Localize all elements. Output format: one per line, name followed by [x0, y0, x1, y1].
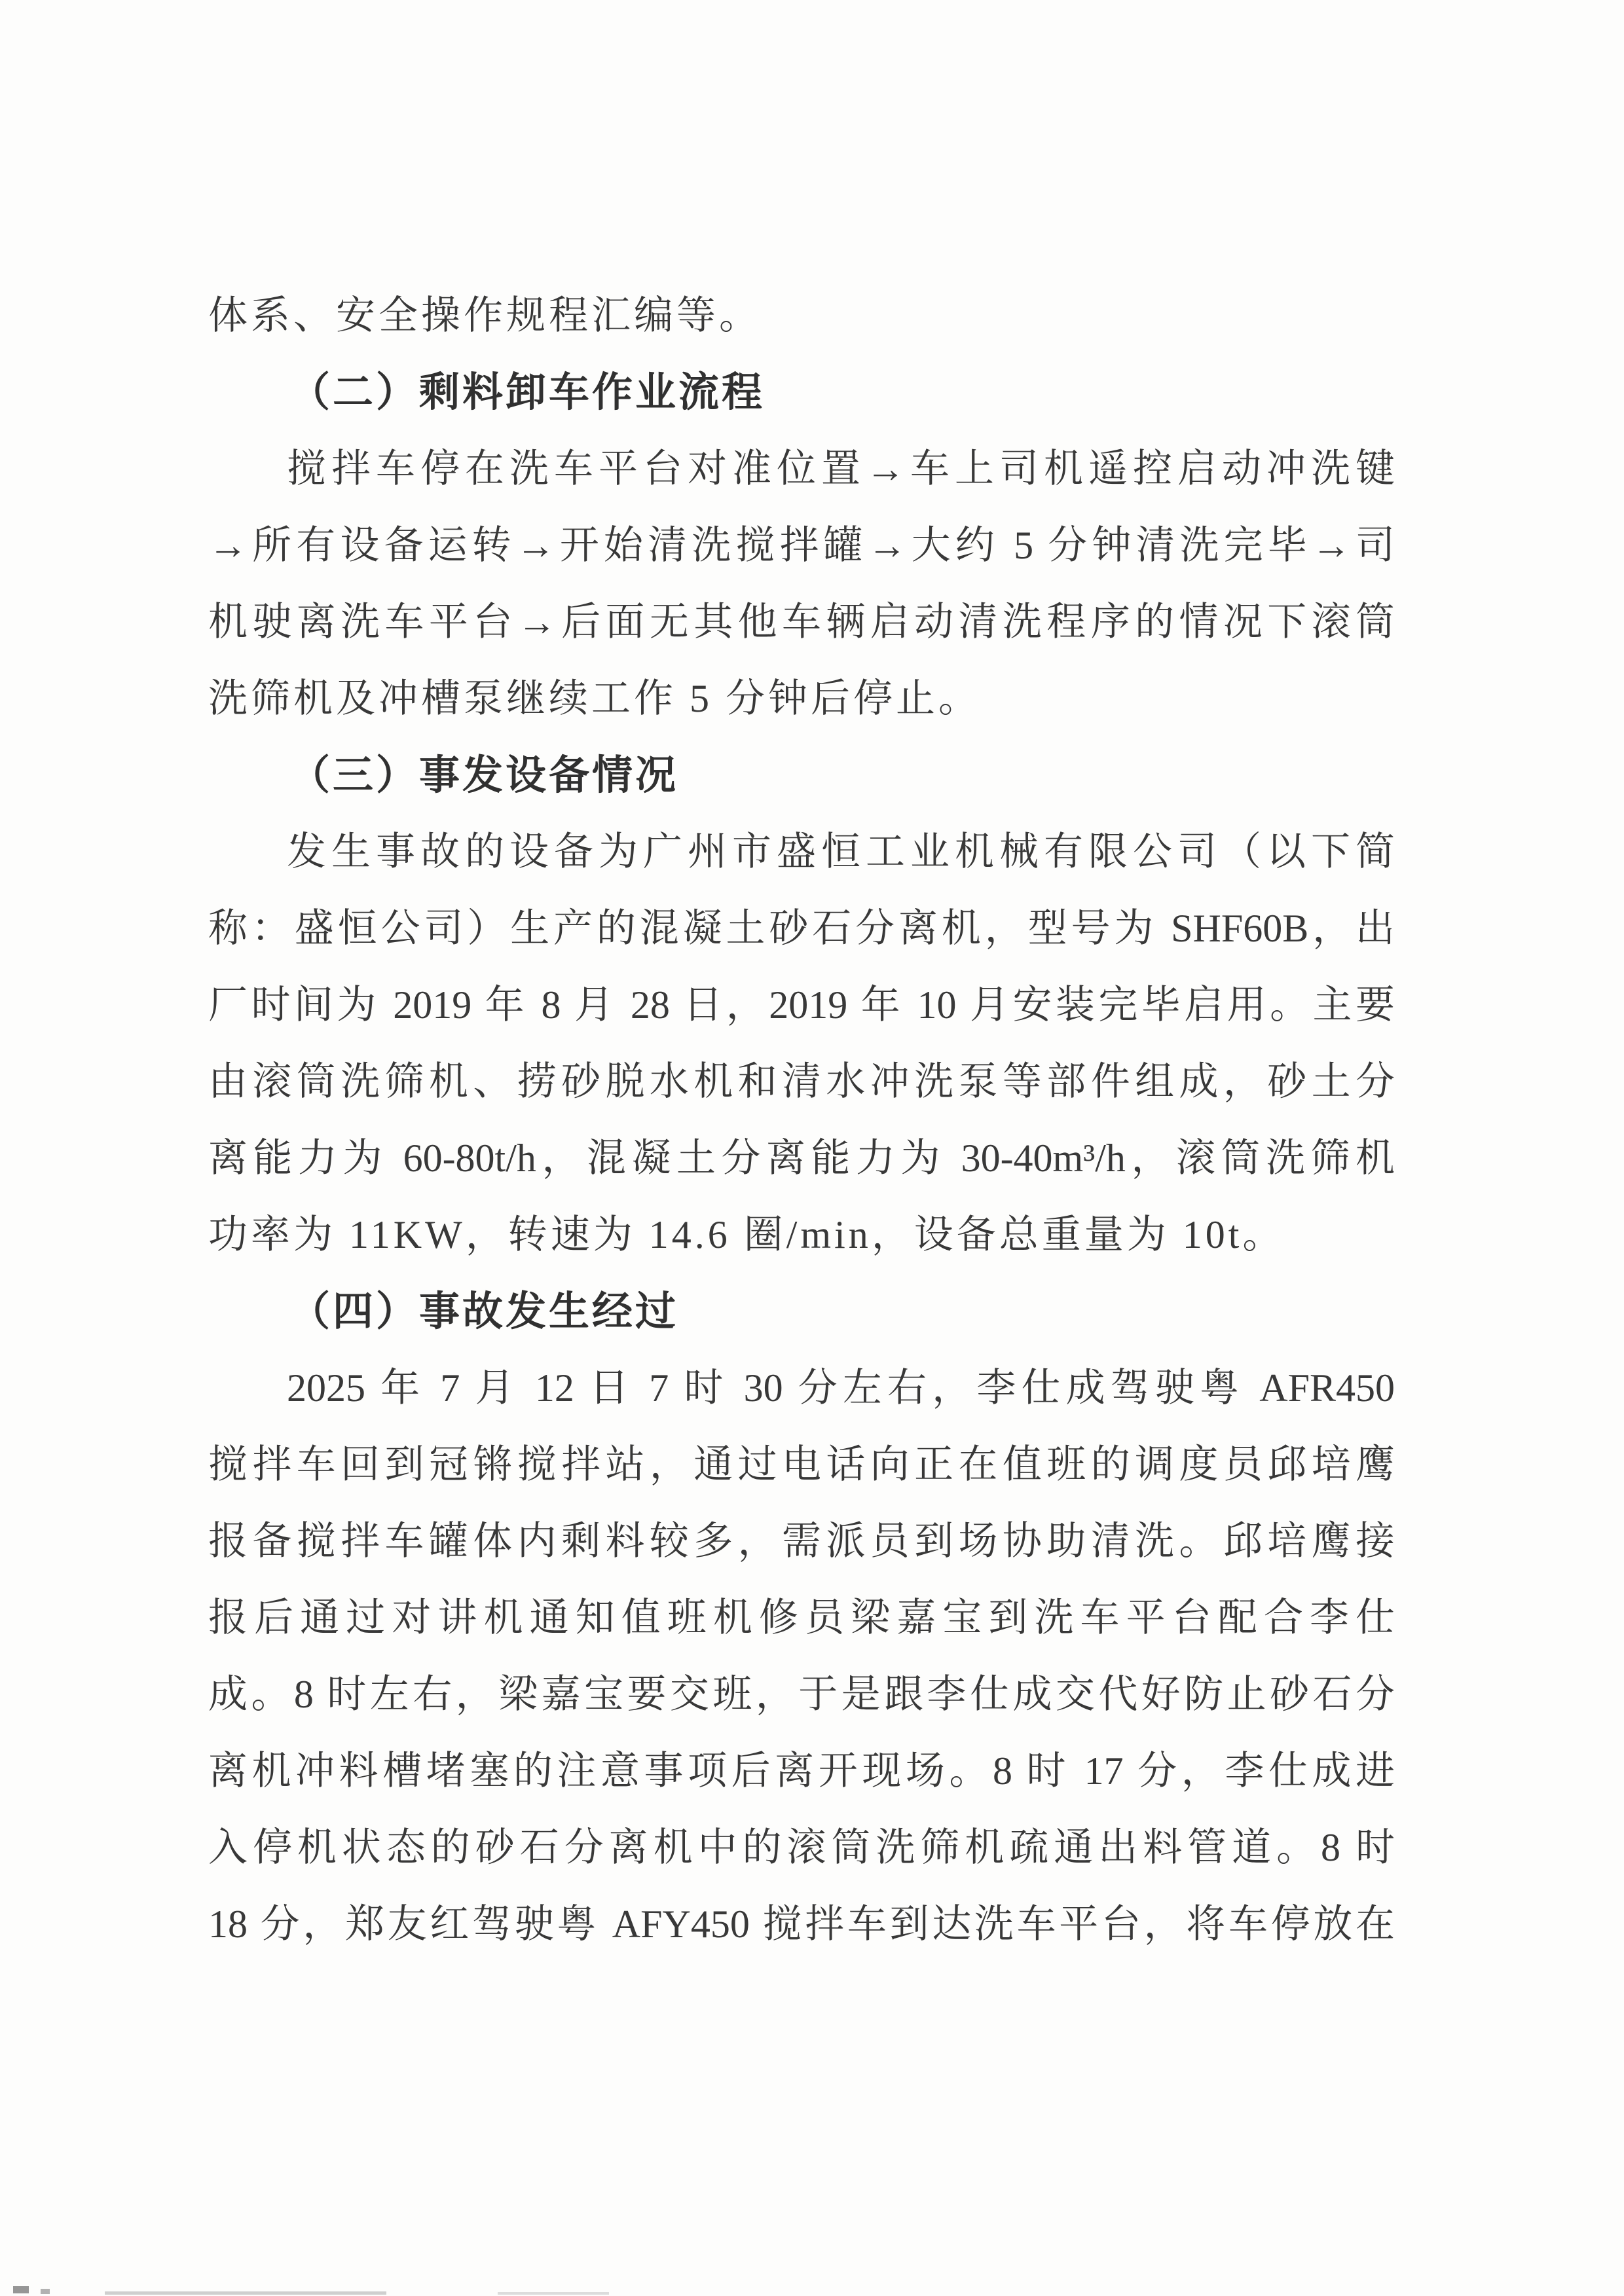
scan-artifact — [105, 2291, 386, 2295]
text-line: →所有设备运转→开始清洗搅拌罐→大约 5 分钟清洗完毕→司 — [208, 507, 1395, 584]
text-line: 报后通过对讲机通知值班机修员梁嘉宝到洗车平台配合李仕 — [208, 1580, 1395, 1656]
text-line: 离能力为 60-80t/h，混凝土分离能力为 30-40m³/h，滚筒洗筛机 — [208, 1120, 1395, 1197]
section-heading-3: （三）事发设备情况 — [208, 737, 1395, 814]
text-line: 洗筛机及冲槽泵继续工作 5 分钟后停止。 — [208, 661, 1395, 737]
text-line: 功率为 11KW，转速为 14.6 圈/min，设备总重量为 10t。 — [208, 1197, 1395, 1273]
text-line: 18 分，郑友红驾驶粤 AFY450 搅拌车到达洗车平台，将车停放在 — [208, 1886, 1395, 1963]
document-page: 体系、安全操作规程汇编等。 （二）剩料卸车作业流程 搅拌车停在洗车平台对准位置→… — [0, 0, 1624, 2296]
text-line: 成。8 时左右，梁嘉宝要交班，于是跟李仕成交代好防止砂石分 — [208, 1656, 1395, 1733]
section-heading-4: （四）事故发生经过 — [208, 1273, 1395, 1350]
text-line: 厂时间为 2019 年 8 月 28 日，2019 年 10 月安装完毕启用。主… — [208, 967, 1395, 1044]
scan-artifact — [13, 2286, 29, 2293]
text-line: 离机冲料槽堵塞的注意事项后离开现场。8 时 17 分，李仕成进 — [208, 1733, 1395, 1810]
text-line: 报备搅拌车罐体内剩料较多，需派员到场协助清洗。邱培鹰接 — [208, 1503, 1395, 1580]
text-line: 由滚筒洗筛机、捞砂脱水机和清水冲洗泵等部件组成，砂土分 — [208, 1044, 1395, 1120]
text-line: 称：盛恒公司）生产的混凝土砂石分离机，型号为 SHF60B，出 — [208, 890, 1395, 967]
text-line: 入停机状态的砂石分离机中的滚筒洗筛机疏通出料管道。8 时 — [208, 1810, 1395, 1886]
text-line: 机驶离洗车平台→后面无其他车辆启动清洗程序的情况下滚筒 — [208, 584, 1395, 661]
text-line: 体系、安全操作规程汇编等。 — [208, 278, 1395, 354]
page-text-block: 体系、安全操作规程汇编等。 （二）剩料卸车作业流程 搅拌车停在洗车平台对准位置→… — [208, 278, 1395, 1963]
scan-artifact — [41, 2289, 50, 2294]
text-line: 发生事故的设备为广州市盛恒工业机械有限公司（以下简 — [208, 814, 1395, 890]
section-heading-2: （二）剩料卸车作业流程 — [208, 354, 1395, 431]
text-line: 2025 年 7 月 12 日 7 时 30 分左右，李仕成驾驶粤 AFR450 — [208, 1350, 1395, 1427]
text-line: 搅拌车停在洗车平台对准位置→车上司机遥控启动冲洗键 — [208, 431, 1395, 507]
text-line: 搅拌车回到冠锵搅拌站，通过电话向正在值班的调度员邱培鹰 — [208, 1427, 1395, 1503]
scan-artifact — [498, 2292, 609, 2295]
